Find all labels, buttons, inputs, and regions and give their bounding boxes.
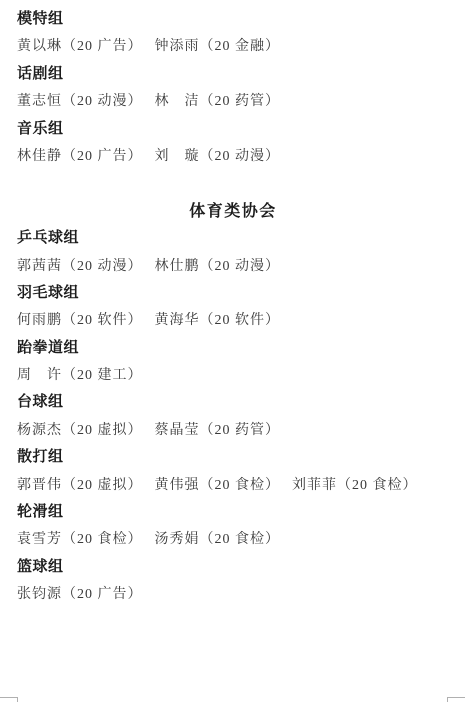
group-heading: 音乐组 — [17, 117, 449, 144]
member-entry: 黄以琳（20 广告） — [17, 39, 143, 54]
member-entry: 董志恒（20 动漫） — [17, 94, 143, 109]
member-entry: 袁雪芳（20 食检） — [17, 532, 143, 547]
text-boundary-mark-bottom-right — [447, 697, 465, 702]
group-member-line: 黄以琳（20 广告）钟添雨（20 金融） — [17, 34, 449, 61]
group-member-line: 林佳静（20 广告）刘 璇（20 动漫） — [17, 144, 449, 171]
member-entry: 黄海华（20 软件） — [155, 313, 281, 328]
group-heading: 台球组 — [17, 390, 449, 417]
group-member-line: 何雨鹏（20 软件）黄海华（20 软件） — [17, 308, 449, 335]
text-boundary-mark-bottom-left — [0, 697, 18, 702]
document-content[interactable]: 模特组黄以琳（20 广告）钟添雨（20 金融）话剧组董志恒（20 动漫）林 洁（… — [17, 7, 449, 610]
member-entry: 张钧源（20 广告） — [17, 587, 143, 602]
member-entry: 何雨鹏（20 软件） — [17, 313, 143, 328]
member-entry: 林仕鹏（20 动漫） — [155, 259, 281, 274]
group-member-line: 袁雪芳（20 食检）汤秀娟（20 食检） — [17, 527, 449, 554]
group-heading: 乒乓球组 — [17, 226, 449, 253]
group-member-line: 杨源杰（20 虚拟）蔡晶莹（20 药管） — [17, 418, 449, 445]
group-member-line: 郭晋伟（20 虚拟）黄伟强（20 食检）刘菲菲（20 食检） — [17, 473, 449, 500]
document-page: 模特组黄以琳（20 广告）钟添雨（20 金融）话剧组董志恒（20 动漫）林 洁（… — [0, 0, 465, 703]
group-member-line: 周 许（20 建工） — [17, 363, 449, 390]
member-entry: 杨源杰（20 虚拟） — [17, 423, 143, 438]
member-entry: 林 洁（20 药管） — [155, 94, 281, 109]
member-entry: 汤秀娟（20 食检） — [155, 532, 281, 547]
section-title: 体育类协会 — [17, 199, 449, 226]
group-heading: 跆拳道组 — [17, 336, 449, 363]
member-entry: 黄伟强（20 食检） — [155, 478, 281, 493]
member-entry: 钟添雨（20 金融） — [155, 39, 281, 54]
member-entry: 郭茜茜（20 动漫） — [17, 259, 143, 274]
group-heading: 羽毛球组 — [17, 281, 449, 308]
group-heading: 模特组 — [17, 7, 449, 34]
member-entry: 刘 璇（20 动漫） — [155, 149, 281, 164]
group-member-line: 董志恒（20 动漫）林 洁（20 药管） — [17, 89, 449, 116]
member-entry: 周 许（20 建工） — [17, 368, 143, 383]
member-entry: 林佳静（20 广告） — [17, 149, 143, 164]
group-heading: 话剧组 — [17, 62, 449, 89]
group-member-line: 郭茜茜（20 动漫）林仕鹏（20 动漫） — [17, 254, 449, 281]
member-entry: 刘菲菲（20 食检） — [292, 478, 418, 493]
group-heading: 篮球组 — [17, 555, 449, 582]
member-entry: 蔡晶莹（20 药管） — [155, 423, 281, 438]
group-member-line: 张钧源（20 广告） — [17, 582, 449, 609]
group-heading: 散打组 — [17, 445, 449, 472]
group-heading: 轮滑组 — [17, 500, 449, 527]
member-entry: 郭晋伟（20 虚拟） — [17, 478, 143, 493]
